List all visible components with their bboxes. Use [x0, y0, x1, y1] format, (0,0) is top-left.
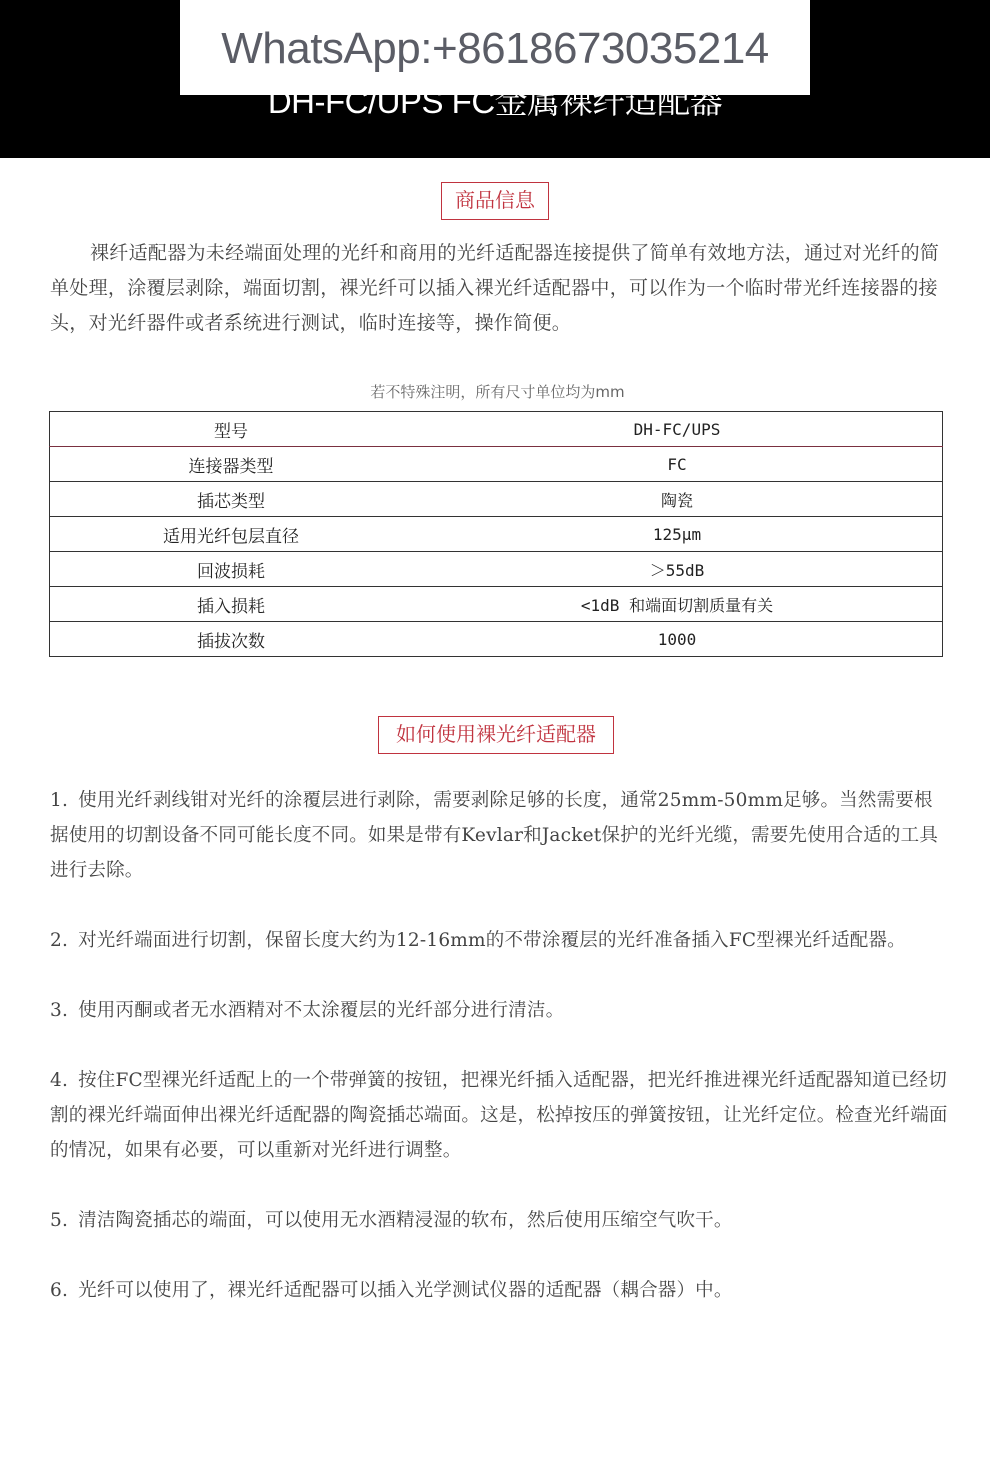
table-row: 回波损耗 ＞55dB: [50, 552, 943, 587]
step-item: 5.清洁陶瓷插芯的端面，可以使用无水酒精浸湿的软布，然后使用压缩空气吹干。: [50, 1203, 733, 1238]
spec-label: 插芯类型: [50, 482, 413, 517]
step-item: 2.对光纤端面进行切割，保留长度大约为12-16mm的不带涂覆层的光纤准备插入F…: [50, 923, 906, 958]
table-row: 插拔次数 1000: [50, 622, 943, 657]
step-text: 按住FC型裸光纤适配上的一个带弹簧的按钮，把裸光纤插入适配器，把光纤推进裸光纤适…: [50, 1070, 948, 1161]
spec-value: 1000: [412, 622, 943, 657]
spec-value: <1dB 和端面切割质量有关: [412, 587, 943, 622]
step-number: 1.: [50, 790, 68, 811]
table-row: 插入损耗 <1dB 和端面切割质量有关: [50, 587, 943, 622]
table-row: 连接器类型 FC: [50, 447, 943, 482]
step-number: 2.: [50, 930, 68, 951]
step-item: 3.使用丙酮或者无水酒精对不太涂覆层的光纤部分进行清洁。: [50, 993, 564, 1028]
step-number: 6.: [50, 1280, 68, 1301]
unit-note: 若不特殊注明，所有尺寸单位均为mm: [0, 380, 990, 404]
spec-table: 型号 DH-FC/UPS 连接器类型 FC 插芯类型 陶瓷 适用光纤包层直径 1…: [49, 411, 943, 657]
table-row: 适用光纤包层直径 125μm: [50, 517, 943, 552]
step-item: 6.光纤可以使用了，裸光纤适配器可以插入光学测试仪器的适配器（耦合器）中。: [50, 1273, 733, 1308]
step-text: 对光纤端面进行切割，保留长度大约为12-16mm的不带涂覆层的光纤准备插入FC型…: [78, 930, 906, 951]
spec-label: 型号: [50, 412, 413, 447]
spec-value: 125μm: [412, 517, 943, 552]
spec-label: 连接器类型: [50, 447, 413, 482]
table-row: 型号 DH-FC/UPS: [50, 412, 943, 447]
spec-value: DH-FC/UPS: [412, 412, 943, 447]
spec-label: 插入损耗: [50, 587, 413, 622]
step-item: 1.使用光纤剥线钳对光纤的涂覆层进行剥除，需要剥除足够的长度，通常25mm-50…: [50, 783, 950, 888]
spec-label: 插拔次数: [50, 622, 413, 657]
spec-value: FC: [412, 447, 943, 482]
step-number: 3.: [50, 1000, 68, 1021]
step-text: 清洁陶瓷插芯的端面，可以使用无水酒精浸湿的软布，然后使用压缩空气吹干。: [78, 1210, 733, 1231]
step-text: 光纤可以使用了，裸光纤适配器可以插入光学测试仪器的适配器（耦合器）中。: [78, 1280, 733, 1301]
watermark-box: WhatsApp:+8618673035214: [180, 0, 810, 95]
section-heading-product-info: 商品信息: [441, 182, 549, 220]
step-text: 使用光纤剥线钳对光纤的涂覆层进行剥除，需要剥除足够的长度，通常25mm-50mm…: [50, 790, 938, 881]
spec-label: 回波损耗: [50, 552, 413, 587]
spec-value: ＞55dB: [412, 552, 943, 587]
step-number: 4.: [50, 1070, 68, 1091]
product-description: 裸纤适配器为未经端面处理的光纤和商用的光纤适配器连接提供了简单有效地方法，通过对…: [50, 236, 945, 341]
spec-label: 适用光纤包层直径: [50, 517, 413, 552]
step-text: 使用丙酮或者无水酒精对不太涂覆层的光纤部分进行清洁。: [78, 1000, 564, 1021]
step-number: 5.: [50, 1210, 68, 1231]
spec-value: 陶瓷: [412, 482, 943, 517]
table-row: 插芯类型 陶瓷: [50, 482, 943, 517]
watermark-text: WhatsApp:+8618673035214: [221, 24, 769, 74]
section-heading-how-to-use: 如何使用裸光纤适配器: [378, 716, 614, 754]
step-item: 4.按住FC型裸光纤适配上的一个带弹簧的按钮，把裸光纤插入适配器，把光纤推进裸光…: [50, 1063, 950, 1168]
